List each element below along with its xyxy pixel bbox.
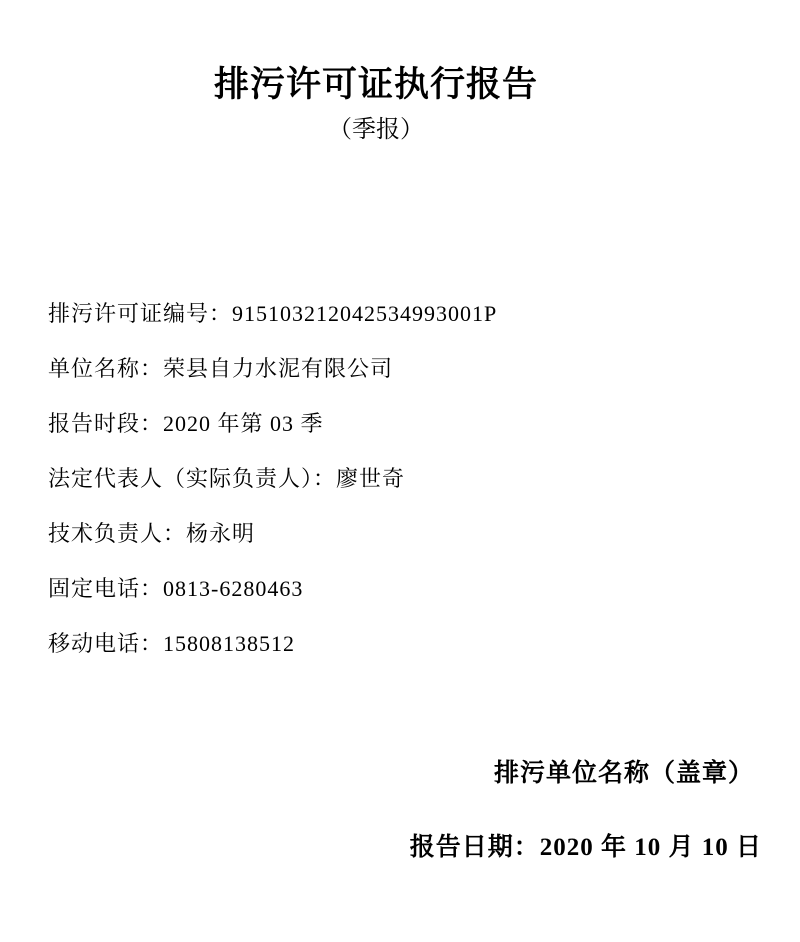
report-date-line: 报告日期：2020 年 10 月 10 日 [410,834,762,863]
report-cover-page: 排污许可证执行报告 （季报） 排污许可证编号：91510321204253499… [0,0,800,942]
field-permit-number: 排污许可证编号：915103212042534993001P [48,301,497,326]
field-landline-phone: 固定电话：0813-6280463 [48,576,303,601]
field-unit-name: 单位名称：荣县自力水泥有限公司 [48,356,393,381]
field-technical-director: 技术负责人：杨永明 [48,521,255,546]
report-subtitle: （季报） [0,117,752,145]
signature-stamp-line: 排污单位名称（盖章） [494,760,754,789]
field-mobile-phone: 移动电话：15808138512 [48,631,295,656]
report-title: 排污许可证执行报告 [0,66,752,105]
field-report-period: 报告时段：2020 年第 03 季 [48,411,324,436]
field-legal-representative: 法定代表人（实际负责人）：廖世奇 [48,466,405,491]
